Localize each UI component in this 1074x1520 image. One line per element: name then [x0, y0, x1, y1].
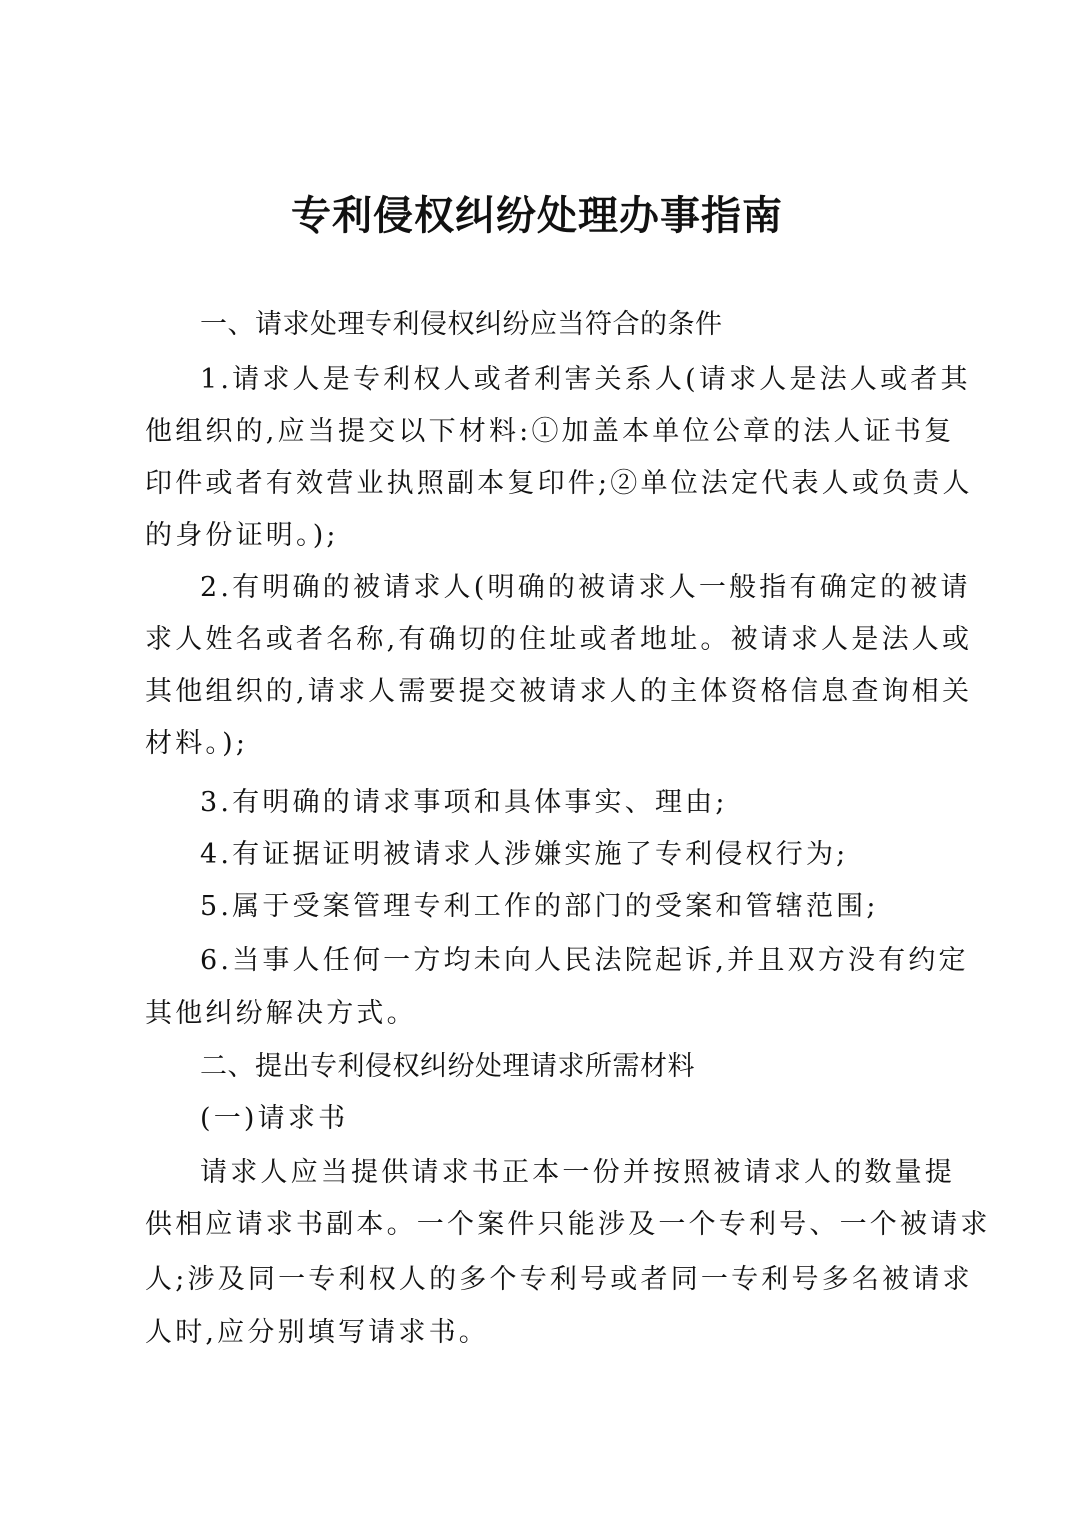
paragraph-line: 3.有明确的请求事项和具体事实、理由;	[200, 783, 1000, 823]
paragraph-line: 求人姓名或者名称,有确切的住址或者地址。被请求人是法人或	[145, 620, 945, 660]
paragraph-line: 4.有证据证明被请求人涉嫌实施了专利侵权行为;	[200, 835, 1000, 875]
section-heading: 二、提出专利侵权纠纷处理请求所需材料	[200, 1047, 1000, 1087]
paragraph-line: 其他纠纷解决方式。	[145, 994, 945, 1034]
document-title: 专利侵权纠纷处理办事指南	[0, 188, 1074, 244]
paragraph-line: 人时,应分别填写请求书。	[145, 1313, 945, 1353]
paragraph-line: 2.有明确的被请求人(明确的被请求人一般指有确定的被请	[200, 568, 1000, 608]
paragraph-line: 1.请求人是专利权人或者利害关系人(请求人是法人或者其	[200, 360, 1000, 400]
paragraph-line: 的身份证明。);	[145, 516, 945, 556]
section-heading: 一、请求处理专利侵权纠纷应当符合的条件	[200, 305, 1000, 345]
paragraph-line: 5.属于受案管理专利工作的部门的受案和管辖范围;	[200, 887, 1000, 927]
paragraph-line: 人;涉及同一专利权人的多个专利号或者同一专利号多名被请求	[145, 1260, 945, 1300]
paragraph-line: 请求人应当提供请求书正本一份并按照被请求人的数量提	[200, 1153, 1000, 1193]
paragraph-line: 材料。);	[145, 724, 945, 764]
paragraph-line: 印件或者有效营业执照副本复印件;②单位法定代表人或负责人	[145, 464, 945, 504]
document-page: 专利侵权纠纷处理办事指南 一、请求处理专利侵权纠纷应当符合的条件1.请求人是专利…	[0, 0, 1074, 1520]
paragraph-line: 供相应请求书副本。一个案件只能涉及一个专利号、一个被请求	[145, 1205, 945, 1245]
paragraph-line: 6.当事人任何一方均未向人民法院起诉,并且双方没有约定	[200, 941, 1000, 981]
paragraph-line: (一)请求书	[200, 1099, 1000, 1139]
paragraph-line: 其他组织的,请求人需要提交被请求人的主体资格信息查询相关	[145, 672, 945, 712]
paragraph-line: 他组织的,应当提交以下材料:①加盖本单位公章的法人证书复	[145, 412, 945, 452]
